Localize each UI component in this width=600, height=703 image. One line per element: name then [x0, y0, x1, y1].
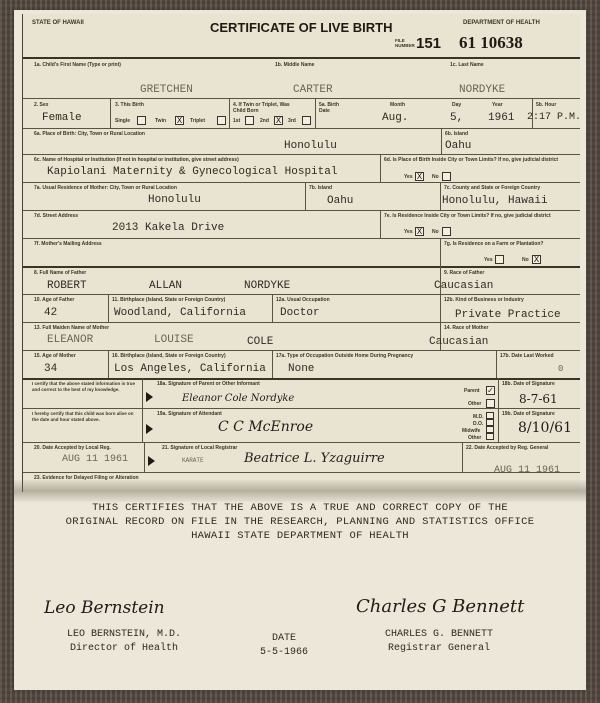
triplet-label: Triplet: [190, 118, 205, 124]
father-business-label: 12b. Kind of Business or Industry: [444, 297, 524, 303]
yes-label: Yes: [404, 174, 413, 180]
divider: [498, 378, 499, 408]
birth-date-label: 5a. Birth Date: [319, 102, 341, 114]
res-inside-city-no-checkbox: [442, 227, 451, 236]
midwife-label: Midwife: [462, 428, 480, 434]
divider: [22, 57, 580, 59]
farm-no-checkbox: X: [532, 255, 541, 264]
no-label: No: [522, 257, 529, 263]
father-business-value: Private Practice: [455, 309, 561, 321]
divider: [440, 294, 441, 322]
county-value: Honolulu, Hawaii: [442, 195, 548, 207]
certify-attendant-text: I hereby certify that this child was bor…: [32, 411, 137, 423]
mother-race-value: Caucasian: [429, 336, 488, 348]
last-name-label: 1c. Last Name: [450, 62, 484, 68]
mother-age-label: 15. Age of Mother: [34, 353, 76, 359]
yes-label: Yes: [404, 229, 413, 235]
divider: [229, 98, 230, 128]
divider: [22, 154, 580, 155]
father-age-value: 42: [44, 307, 57, 319]
third-label: 3rd: [288, 118, 296, 124]
divider: [380, 210, 381, 238]
border: [22, 14, 23, 492]
second-checkbox: X: [274, 116, 283, 125]
island-label: 6b. Island: [445, 131, 468, 137]
mother-birthplace-value: Los Angeles, California: [114, 363, 266, 375]
divider: [440, 182, 441, 210]
divider: [22, 472, 580, 473]
birth-certificate-document: STATE OF HAWAII CERTIFICATE OF LIVE BIRT…: [14, 10, 586, 690]
if-twin-label: 4. If Twin or Triplet, Was Child Born: [233, 102, 303, 114]
other2-checkbox: [486, 433, 494, 440]
director-title: Director of Health: [44, 642, 204, 656]
divider: [22, 294, 580, 295]
arrow-icon: [146, 424, 153, 434]
divider: [22, 266, 580, 268]
date-sig-a-label: 18b. Date of Signature: [502, 381, 555, 387]
hospital-label: 6c. Name of Hospital or Institution (If …: [34, 157, 239, 163]
hour-label: 5b. Hour: [536, 102, 556, 108]
date-local-value: AUG 11 1961: [62, 454, 128, 466]
fold-shadow: [14, 480, 586, 502]
date-label: DATE: [244, 632, 324, 646]
year-label: Year: [492, 102, 503, 108]
mailing-label: 7f. Mother's Mailing Address: [34, 241, 102, 247]
divider: [272, 350, 273, 378]
last-worked-value: 0: [558, 363, 563, 375]
other-checkbox: [486, 399, 495, 408]
director-signature: Leo Bernstein: [44, 598, 165, 618]
birth-hour: 2:17 P.M.: [527, 112, 581, 124]
director-block: LEO BERNSTEIN, M.D. Director of Health: [44, 628, 204, 656]
mother-race-label: 14. Race of Mother: [444, 325, 488, 331]
middle-name-label: 1b. Middle Name: [275, 62, 314, 68]
single-label: Single: [115, 118, 130, 124]
certify-line-2: ORIGINAL RECORD ON FILE IN THE RESEARCH,…: [14, 516, 586, 528]
registrar-block: CHARLES G. BENNETT Registrar General: [364, 628, 514, 656]
sig-attendant-label: 19a. Signature of Attendant: [157, 411, 222, 417]
divider: [441, 128, 442, 154]
res-island-value: Oahu: [327, 195, 353, 207]
certify-line-3: HAWAII STATE DEPARTMENT OF HEALTH: [14, 530, 586, 542]
do-checkbox: [486, 419, 494, 426]
mother-name-label: 13. Full Maiden Name of Mother: [34, 325, 109, 331]
place-of-birth-label: 6a. Place of Birth: City, Town or Rural …: [34, 131, 145, 137]
parent-signature: Eleanor Cole Nordyke: [182, 393, 294, 404]
sig-parent-label: 18a. Signature of Parent or Other Inform…: [157, 381, 260, 387]
divider: [315, 98, 316, 128]
divider: [305, 182, 306, 210]
county-label: 7c. County and State or Foreign Country: [444, 185, 540, 191]
father-name-label: 8. Full Name of Father: [34, 270, 86, 276]
birth-day: 5,: [450, 112, 463, 124]
triplet-checkbox: [217, 116, 226, 125]
farm-label: 7g. Is Residence on a Farm or Plantation…: [444, 241, 543, 247]
place-of-birth-value: Honolulu: [284, 140, 337, 152]
arrow-icon: [148, 456, 155, 466]
month-label: Month: [390, 102, 405, 108]
first-name-label: 1a. Child's First Name (Type or print): [34, 62, 121, 68]
divider: [498, 408, 499, 442]
file-prefix: 151: [416, 35, 441, 52]
this-birth-label: 3. This Birth: [115, 102, 144, 108]
date-general-value: AUG 11 1961: [494, 465, 560, 477]
residence-value: Honolulu: [148, 194, 201, 206]
file-number-label: FILE NUMBER: [395, 38, 417, 48]
second-label: 2nd: [260, 118, 269, 124]
file-number: 61 10638: [459, 33, 523, 53]
father-last-name: NORDYKE: [244, 280, 290, 292]
first-label: 1st: [233, 118, 240, 124]
date-sig-b-value: 8/10/61: [518, 420, 572, 436]
residence-label: 7a. Usual Residence of Mother: City, Tow…: [34, 185, 177, 191]
first-checkbox: [245, 116, 254, 125]
divider: [440, 238, 441, 266]
certificate-form: STATE OF HAWAII CERTIFICATE OF LIVE BIRT…: [22, 14, 580, 492]
do-label: D.O.: [473, 421, 483, 427]
father-middle-name: ALLAN: [149, 280, 182, 292]
father-occupation-value: Doctor: [280, 307, 320, 319]
child-first-name: GRETCHEN: [140, 84, 193, 96]
local-reg-stamp: KARATE: [182, 455, 204, 467]
inside-city-yes-checkbox: X: [415, 172, 424, 181]
divider: [272, 294, 273, 322]
department-label: DEPARTMENT OF HEALTH: [463, 20, 540, 26]
res-inside-city-yes-checkbox: X: [415, 227, 424, 236]
mother-last-name: COLE: [247, 336, 273, 348]
twin-checkbox: X: [175, 116, 184, 125]
date-general-label: 22. Date Accepted by Reg. General: [466, 445, 548, 451]
parent-label: Parent: [464, 388, 480, 394]
sig-local-label: 21. Signature of Local Registrar: [162, 445, 237, 451]
no-label: No: [432, 229, 439, 235]
sex-value: Female: [42, 112, 82, 124]
divider: [22, 98, 580, 99]
divider: [22, 408, 580, 409]
divider: [22, 238, 580, 239]
local-registrar-signature: Beatrice L. Yzaguirre: [244, 451, 385, 466]
third-checkbox: [302, 116, 311, 125]
arrow-icon: [146, 392, 153, 402]
state-label: STATE OF HAWAII: [32, 20, 84, 26]
birth-year: 1961: [488, 112, 514, 124]
father-birthplace-label: 11. Birthplace (Island, State or Foreign…: [112, 297, 225, 303]
date-value: 5-5-1966: [244, 646, 324, 660]
divider: [496, 350, 497, 378]
street-value: 2013 Kakela Drive: [112, 222, 224, 234]
midwife-checkbox: [486, 426, 494, 433]
divider: [108, 350, 109, 378]
divider: [380, 154, 381, 182]
md-checkbox: [486, 412, 494, 419]
divider: [144, 442, 145, 472]
father-birthplace-value: Woodland, California: [114, 307, 246, 319]
divider: [22, 128, 580, 129]
father-occupation-label: 12a. Usual Occupation: [276, 297, 330, 303]
date-sig-b-label: 19b. Date of Signature: [502, 411, 555, 417]
child-last-name: NORDYKE: [459, 84, 505, 96]
inside-city-label: 6d. Is Place of Birth Inside City or Tow…: [384, 157, 574, 163]
divider: [142, 408, 143, 442]
single-checkbox: [137, 116, 146, 125]
divider: [22, 442, 580, 443]
father-first-name: ROBERT: [47, 280, 87, 292]
farm-yes-checkbox: [495, 255, 504, 264]
mother-occupation-label: 17a. Type of Occupation Outside Home Dur…: [276, 353, 413, 359]
mother-middle-name: LOUISE: [154, 334, 194, 346]
res-island-label: 7b. Island: [309, 185, 332, 191]
divider: [22, 210, 580, 211]
street-label: 7d. Street Address: [34, 213, 78, 219]
date-local-label: 20. Date Accepted by Local Reg.: [34, 445, 111, 451]
last-worked-label: 17b. Date Last Worked: [500, 353, 554, 359]
divider: [110, 98, 111, 128]
child-middle-name: CARTER: [293, 84, 333, 96]
date-sig-a-value: 8-7-61: [519, 392, 558, 406]
md-label: M.D.: [473, 414, 484, 420]
director-name: LEO BERNSTEIN, M.D.: [44, 628, 204, 642]
father-race-value: Caucasian: [434, 280, 493, 292]
no-label: No: [432, 174, 439, 180]
father-age-label: 10. Age of Father: [34, 297, 74, 303]
certify-parent-text: I certify that the above stated informat…: [32, 381, 137, 393]
mother-occupation-value: None: [288, 363, 314, 375]
other2-label: Other: [468, 435, 481, 441]
island-value: Oahu: [445, 140, 471, 152]
mother-birthplace-label: 16. Birthplace (Island, State or Foreign…: [112, 353, 226, 359]
issue-date-block: DATE 5-5-1966: [244, 632, 324, 660]
divider: [462, 442, 463, 472]
inside-city-no-checkbox: [442, 172, 451, 181]
yes-label: Yes: [484, 257, 493, 263]
father-race-label: 9. Race of Father: [444, 270, 484, 276]
attendant-signature: C C McEnroe: [218, 419, 313, 435]
hospital-value: Kapiolani Maternity & Gynecological Hosp…: [47, 166, 337, 178]
divider: [108, 294, 109, 322]
divider: [142, 378, 143, 408]
sex-label: 2. Sex: [34, 102, 48, 108]
divider: [22, 378, 580, 380]
res-inside-city-label: 7e. Is Residence Inside City or Town Lim…: [384, 213, 574, 219]
twin-label: Twin: [155, 118, 166, 124]
certify-line-1: THIS CERTIFIES THAT THE ABOVE IS A TRUE …: [14, 502, 586, 514]
divider: [22, 182, 580, 183]
divider: [22, 322, 580, 323]
registrar-signature: Charles G Bennett: [356, 596, 524, 617]
certificate-title: CERTIFICATE OF LIVE BIRTH: [210, 20, 392, 35]
registrar-name: CHARLES G. BENNETT: [364, 628, 514, 642]
registrar-title: Registrar General: [364, 642, 514, 656]
birth-month: Aug.: [382, 112, 408, 124]
mother-first-name: ELEANOR: [47, 334, 93, 346]
mother-age-value: 34: [44, 363, 57, 375]
parent-checkbox: ✓: [486, 386, 495, 395]
other-label: Other: [468, 401, 481, 407]
day-label: Day: [452, 102, 461, 108]
